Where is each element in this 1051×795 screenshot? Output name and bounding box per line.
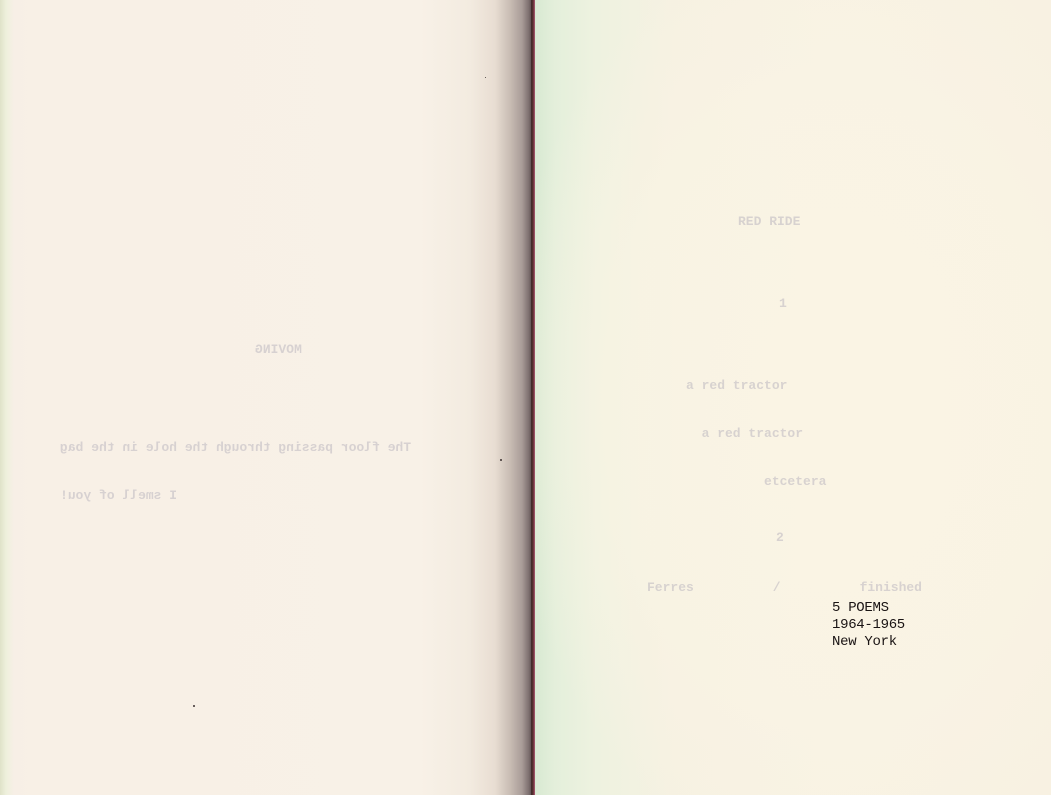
right-bleed-section-2-number: 2 (776, 530, 784, 546)
right-bleed-line-2: a red tractor (686, 426, 826, 442)
paper-speck (500, 459, 502, 461)
left-bleed-line-2: I smell of you! (60, 488, 411, 504)
right-bleed-title: RED RIDE (738, 214, 800, 230)
left-bleed-title: MOVING (255, 342, 302, 358)
book-spread: MOVING The floor passing through the hol… (0, 0, 1051, 795)
paper-speck (485, 77, 486, 78)
right-bleed-section-1: a red tractor a red tractor etcetera (686, 346, 826, 522)
stamp-line-years: 1964-1965 (832, 617, 905, 634)
right-bleed-section-1-number: 1 (779, 296, 787, 312)
right-bleed-divider: / (773, 580, 781, 596)
right-bleed-right-word: finished (860, 580, 922, 596)
title-stamp: 5 POEMS 1964-1965 New York (832, 600, 905, 651)
stamp-line-place: New York (832, 634, 905, 651)
right-bleed-line-1: a red tractor (686, 378, 826, 394)
left-page (0, 0, 533, 795)
right-bleed-left-word: Ferres (647, 580, 694, 596)
paper-speck (193, 705, 195, 707)
right-bleed-section-2: Ferres / finished (647, 580, 922, 596)
left-bleed-line-1: The floor passing through the hole in th… (60, 440, 411, 456)
stamp-line-title: 5 POEMS (832, 600, 905, 617)
right-bleed-line-3: etcetera (686, 474, 826, 490)
left-bleed-body: The floor passing through the hole in th… (60, 408, 411, 536)
